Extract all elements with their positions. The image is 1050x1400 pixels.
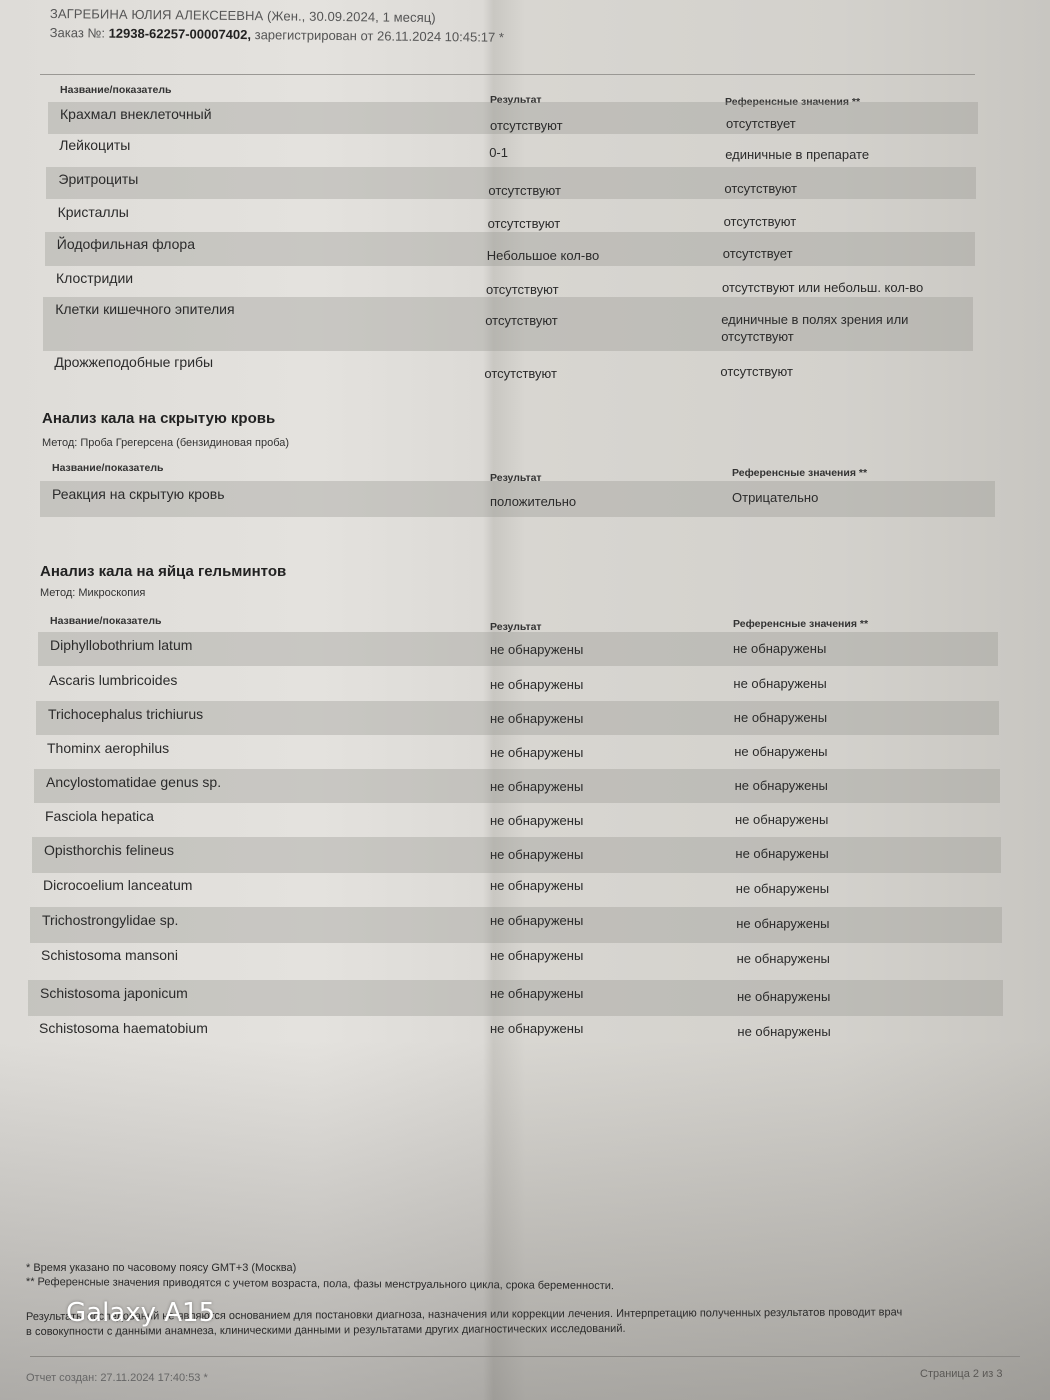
row-name: Trichostrongylidae sp. (42, 912, 178, 928)
table-row: Лейкоциты0-1единичные в препарате (47, 133, 977, 165)
row-reference: единичные в препарате (725, 147, 869, 162)
row-name: Клостридии (56, 270, 133, 286)
table-row: Schistosoma haematobiumне обнаруженыне о… (27, 1015, 1004, 1051)
table-row: Schistosoma japonicumне обнаруженыне обн… (28, 980, 1003, 1016)
row-result: не обнаружены (490, 711, 583, 726)
footnote-timezone: * Время указано по часовому поясу GMT+3 … (26, 1262, 296, 1274)
row-result: отсутствуют (490, 118, 563, 133)
order-label: Заказ №: (50, 25, 105, 41)
col-name-header: Название/показатель (50, 615, 162, 627)
report-created: Отчет создан: 27.11.2024 17:40:53 * (26, 1372, 208, 1384)
table-row: Trichocephalus trichiurusне обнаруженыне… (36, 701, 999, 735)
row-name: Эритроциты (58, 171, 138, 187)
page-number: Страница 2 из 3 (920, 1368, 1002, 1380)
table-row: Trichostrongylidae sp.не обнаруженыне об… (30, 907, 1002, 943)
row-name: Реакция на скрытую кровь (52, 486, 225, 502)
row-result: не обнаружены (490, 878, 583, 893)
row-name: Клетки кишечного эпителия (55, 301, 234, 317)
header-divider (40, 74, 975, 75)
row-reference: не обнаружены (736, 916, 829, 931)
row-reference: отсутствует (726, 116, 796, 131)
row-result: отсутствуют (486, 282, 559, 297)
row-name: Ascaris lumbricoides (49, 672, 177, 688)
row-result: отсутствуют (485, 313, 558, 328)
footnote-reference: ** Референсные значения приводятся с уче… (26, 1276, 614, 1292)
row-name: Trichocephalus trichiurus (48, 706, 203, 722)
row-name: Opisthorchis felineus (44, 842, 174, 858)
row-name: Крахмал внеклеточный (60, 106, 212, 122)
row-reference: единичные в полях зрения или отсутствуют (721, 311, 961, 345)
row-name: Ancylostomatidae genus sp. (46, 774, 221, 790)
row-result: не обнаружены (490, 642, 583, 657)
row-reference: не обнаружены (734, 744, 827, 759)
col-name-header: Название/показатель (52, 462, 164, 474)
row-reference: отсутствуют (724, 181, 797, 196)
table-row: Эритроцитыотсутствуютотсутствуют (46, 167, 976, 199)
row-name: Diphyllobothrium latum (50, 637, 192, 653)
method-helminths: Метод: Микроскопия (40, 587, 145, 599)
table-row: Dicrocoelium lanceatumне обнаруженыне об… (31, 872, 1002, 908)
row-name: Schistosoma haematobium (39, 1020, 208, 1036)
row-name: Кристаллы (58, 204, 129, 220)
row-result: не обнаружены (490, 986, 583, 1001)
table-row: Diphyllobothrium latumне обнаруженыне об… (38, 632, 998, 666)
row-result: не обнаружены (490, 677, 583, 692)
row-result: не обнаружены (490, 847, 583, 862)
footer-divider (30, 1356, 1020, 1357)
camera-watermark: Galaxy A15 (66, 1298, 215, 1328)
row-result: не обнаружены (490, 745, 583, 760)
row-name: Schistosoma mansoni (41, 947, 178, 963)
row-reference: отсутствуют (720, 364, 793, 379)
table-row: Schistosoma mansoniне обнаруженыне обнар… (29, 942, 1003, 978)
row-result: отсутствуют (488, 216, 561, 231)
row-reference: не обнаружены (733, 641, 826, 656)
row-result: отсутствуют (488, 183, 561, 198)
order-number: 12938-62257-00007402, (109, 26, 252, 42)
table-row: Клостридииотсутствуютотсутствуют или неб… (44, 266, 974, 296)
report-header: ЗАГРЕБИНА ЮЛИЯ АЛЕКСЕЕВНА (Жен., 30.09.2… (50, 6, 505, 45)
row-result: не обнаружены (490, 913, 583, 928)
col-reference-header: Референсные значения ** (732, 467, 867, 479)
row-name: Йодофильная флора (57, 236, 195, 252)
row-reference: отсутствует (723, 246, 793, 261)
row-result: 0-1 (489, 145, 508, 160)
table-row: Ancylostomatidae genus sp.не обнаруженын… (34, 769, 1000, 803)
table-row: Реакция на скрытую кровьположительноОтри… (40, 481, 995, 517)
patient-info: ЗАГРЕБИНА ЮЛИЯ АЛЕКСЕЕВНА (Жен., 30.09.2… (50, 6, 504, 26)
table-row: Дрожжеподобные грибыотсутствуютотсутству… (42, 350, 972, 382)
row-reference: не обнаружены (737, 1024, 830, 1039)
row-reference: не обнаружены (734, 710, 827, 725)
row-reference: не обнаружены (735, 846, 828, 861)
col-reference-header: Референсные значения ** (733, 618, 868, 630)
table-row: Opisthorchis felineusне обнаруженыне обн… (32, 837, 1001, 873)
row-reference: отсутствуют или небольш. кол-во (722, 280, 923, 295)
order-info: Заказ №: 12938-62257-00007402, зарегистр… (50, 25, 504, 45)
row-reference: Отрицательно (732, 490, 818, 505)
col-name-header: Название/показатель (60, 84, 172, 96)
table-row: Ascaris lumbricoidesне обнаруженыне обна… (37, 667, 999, 701)
row-reference: не обнаружены (737, 989, 830, 1004)
row-name: Dicrocoelium lanceatum (43, 877, 192, 893)
row-reference: отсутствуют (724, 214, 797, 229)
table-row: Йодофильная флораНебольшое кол-воотсутст… (45, 232, 975, 266)
row-result: Небольшое кол-во (487, 248, 599, 263)
row-reference: не обнаружены (736, 881, 829, 896)
row-result: положительно (490, 494, 576, 509)
section-title-occult-blood: Анализ кала на скрытую кровь (42, 410, 275, 427)
row-result: отсутствуют (484, 366, 557, 381)
row-result: не обнаружены (490, 1021, 583, 1036)
table-row: Клетки кишечного эпителияотсутствуютедин… (43, 297, 973, 351)
method-occult-blood: Метод: Проба Грегерсена (бензидиновая пр… (42, 437, 289, 449)
row-reference: не обнаружены (735, 778, 828, 793)
row-result: не обнаружены (490, 813, 583, 828)
row-result: не обнаружены (490, 779, 583, 794)
table-row: Крахмал внеклеточныйотсутствуютотсутству… (48, 102, 978, 134)
row-result: не обнаружены (490, 948, 583, 963)
row-reference: не обнаружены (737, 951, 830, 966)
table-row: Fasciola hepaticaне обнаруженыне обнаруж… (33, 803, 1001, 837)
order-registered: зарегистрирован от 26.11.2024 10:45:17 * (255, 27, 504, 45)
row-reference: не обнаружены (733, 676, 826, 691)
row-name: Schistosoma japonicum (40, 985, 188, 1001)
table-row: Кристаллыотсутствуютотсутствуют (46, 200, 976, 232)
section-title-helminths: Анализ кала на яйца гельминтов (40, 563, 286, 580)
row-name: Дрожжеподобные грибы (54, 354, 213, 370)
row-name: Fasciola hepatica (45, 808, 154, 824)
row-name: Thominx aerophilus (47, 740, 169, 756)
row-name: Лейкоциты (59, 137, 130, 153)
table-row: Thominx aerophilusне обнаруженыне обнару… (35, 735, 1000, 769)
photo-shadow (0, 1040, 1050, 1400)
row-reference: не обнаружены (735, 812, 828, 827)
